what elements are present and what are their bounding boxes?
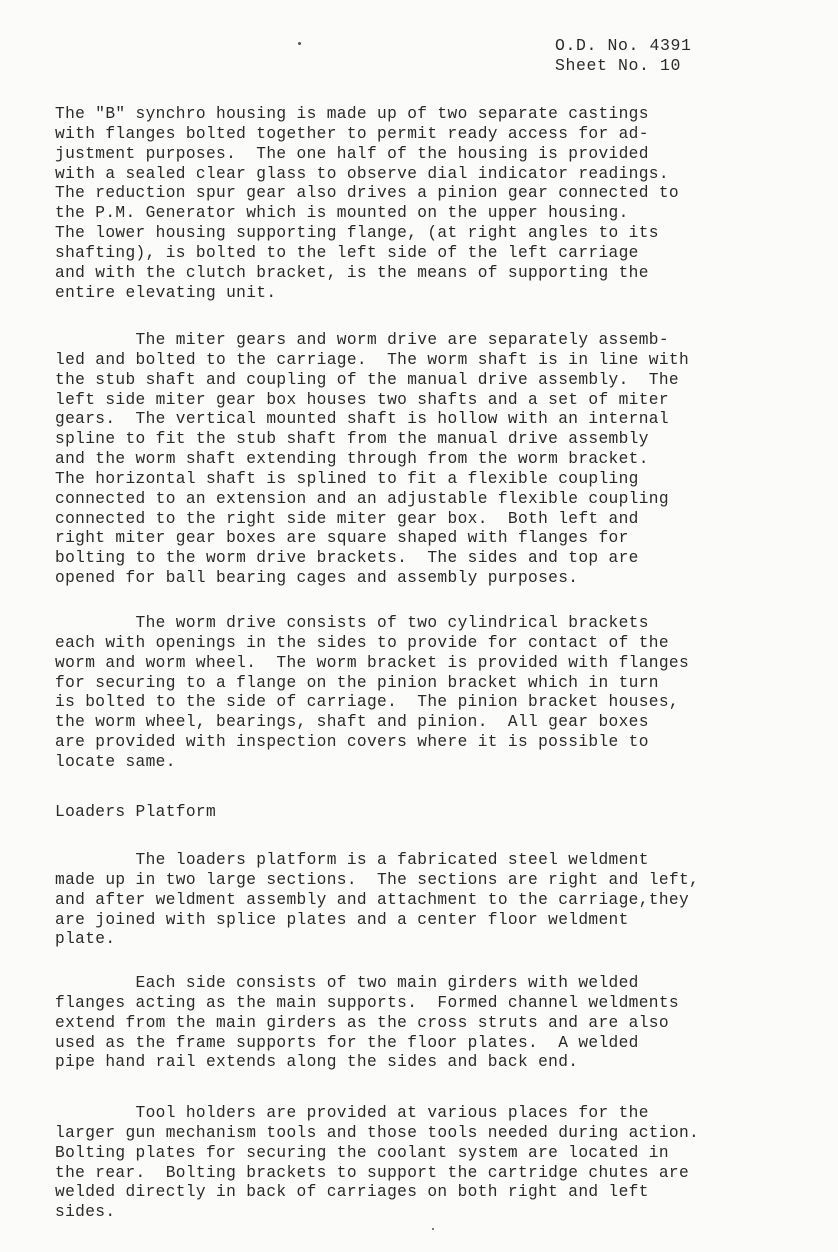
- text-line: The loaders platform is a fabricated ste…: [55, 851, 699, 871]
- od-number: O.D. No. 4391: [555, 36, 692, 56]
- text-line: the stub shaft and coupling of the manua…: [55, 371, 689, 391]
- text-line: locate same.: [55, 753, 689, 773]
- text-line: the rear. Bolting brackets to support th…: [55, 1164, 699, 1184]
- section-heading-loaders-platform: Loaders Platform: [55, 803, 216, 821]
- text-line: shafting), is bolted to the left side of…: [55, 244, 679, 264]
- text-line: are joined with splice plates and a cent…: [55, 911, 699, 931]
- text-line: with a sealed clear glass to observe dia…: [55, 165, 679, 185]
- sheet-number: Sheet No. 10: [555, 56, 692, 76]
- text-line: bolting to the worm drive brackets. The …: [55, 549, 689, 569]
- text-line: worm and worm wheel. The worm bracket is…: [55, 654, 689, 674]
- text-line: and after weldment assembly and attachme…: [55, 891, 699, 911]
- text-line: opened for ball bearing cages and assemb…: [55, 569, 689, 589]
- text-line: right miter gear boxes are square shaped…: [55, 529, 689, 549]
- text-line: Bolting plates for securing the coolant …: [55, 1144, 699, 1164]
- text-line: plate.: [55, 930, 699, 950]
- text-line: The worm drive consists of two cylindric…: [55, 614, 689, 634]
- text-line: welded directly in back of carriages on …: [55, 1183, 699, 1203]
- text-line: the P.M. Generator which is mounted on t…: [55, 204, 679, 224]
- text-line: connected to the right side miter gear b…: [55, 510, 689, 530]
- text-line: and the worm shaft extending through fro…: [55, 450, 689, 470]
- text-line: made up in two large sections. The secti…: [55, 871, 699, 891]
- text-line: Each side consists of two main girders w…: [55, 974, 679, 994]
- text-line: left side miter gear box houses two shaf…: [55, 391, 689, 411]
- text-line: connected to an extension and an adjusta…: [55, 490, 689, 510]
- text-line: justment purposes. The one half of the h…: [55, 145, 679, 165]
- paragraph-loaders-platform: The loaders platform is a fabricated ste…: [55, 851, 699, 950]
- text-line: the worm wheel, bearings, shaft and pini…: [55, 713, 689, 733]
- text-line: The horizontal shaft is splined to fit a…: [55, 470, 689, 490]
- text-line: and with the clutch bracket, is the mean…: [55, 264, 679, 284]
- text-line: The "B" synchro housing is made up of tw…: [55, 105, 679, 125]
- text-line: gears. The vertical mounted shaft is hol…: [55, 410, 689, 430]
- paragraph-synchro-housing: The "B" synchro housing is made up of tw…: [55, 105, 679, 303]
- stray-mark: [298, 42, 301, 45]
- text-line: larger gun mechanism tools and those too…: [55, 1124, 699, 1144]
- stray-mark: [432, 1228, 434, 1230]
- text-line: sides.: [55, 1203, 699, 1223]
- text-line: for securing to a flange on the pinion b…: [55, 674, 689, 694]
- text-line: The lower housing supporting flange, (at…: [55, 224, 679, 244]
- document-page: O.D. No. 4391 Sheet No. 10 The "B" synch…: [0, 0, 838, 1252]
- paragraph-tool-holders: Tool holders are provided at various pla…: [55, 1104, 699, 1223]
- document-header: O.D. No. 4391 Sheet No. 10: [555, 36, 692, 76]
- text-line: are provided with inspection covers wher…: [55, 733, 689, 753]
- text-line: is bolted to the side of carriage. The p…: [55, 693, 689, 713]
- text-line: led and bolted to the carriage. The worm…: [55, 351, 689, 371]
- text-line: with flanges bolted together to permit r…: [55, 125, 679, 145]
- text-line: extend from the main girders as the cros…: [55, 1014, 679, 1034]
- text-line: pipe hand rail extends along the sides a…: [55, 1053, 679, 1073]
- text-line: flanges acting as the main supports. For…: [55, 994, 679, 1014]
- text-line: The reduction spur gear also drives a pi…: [55, 184, 679, 204]
- text-line: The miter gears and worm drive are separ…: [55, 331, 689, 351]
- text-line: used as the frame supports for the floor…: [55, 1034, 679, 1054]
- text-line: spline to fit the stub shaft from the ma…: [55, 430, 689, 450]
- text-line: each with openings in the sides to provi…: [55, 634, 689, 654]
- paragraph-worm-drive: The worm drive consists of two cylindric…: [55, 614, 689, 773]
- paragraph-side-girders: Each side consists of two main girders w…: [55, 974, 679, 1073]
- text-line: entire elevating unit.: [55, 284, 679, 304]
- text-line: Tool holders are provided at various pla…: [55, 1104, 699, 1124]
- paragraph-miter-gears: The miter gears and worm drive are separ…: [55, 331, 689, 589]
